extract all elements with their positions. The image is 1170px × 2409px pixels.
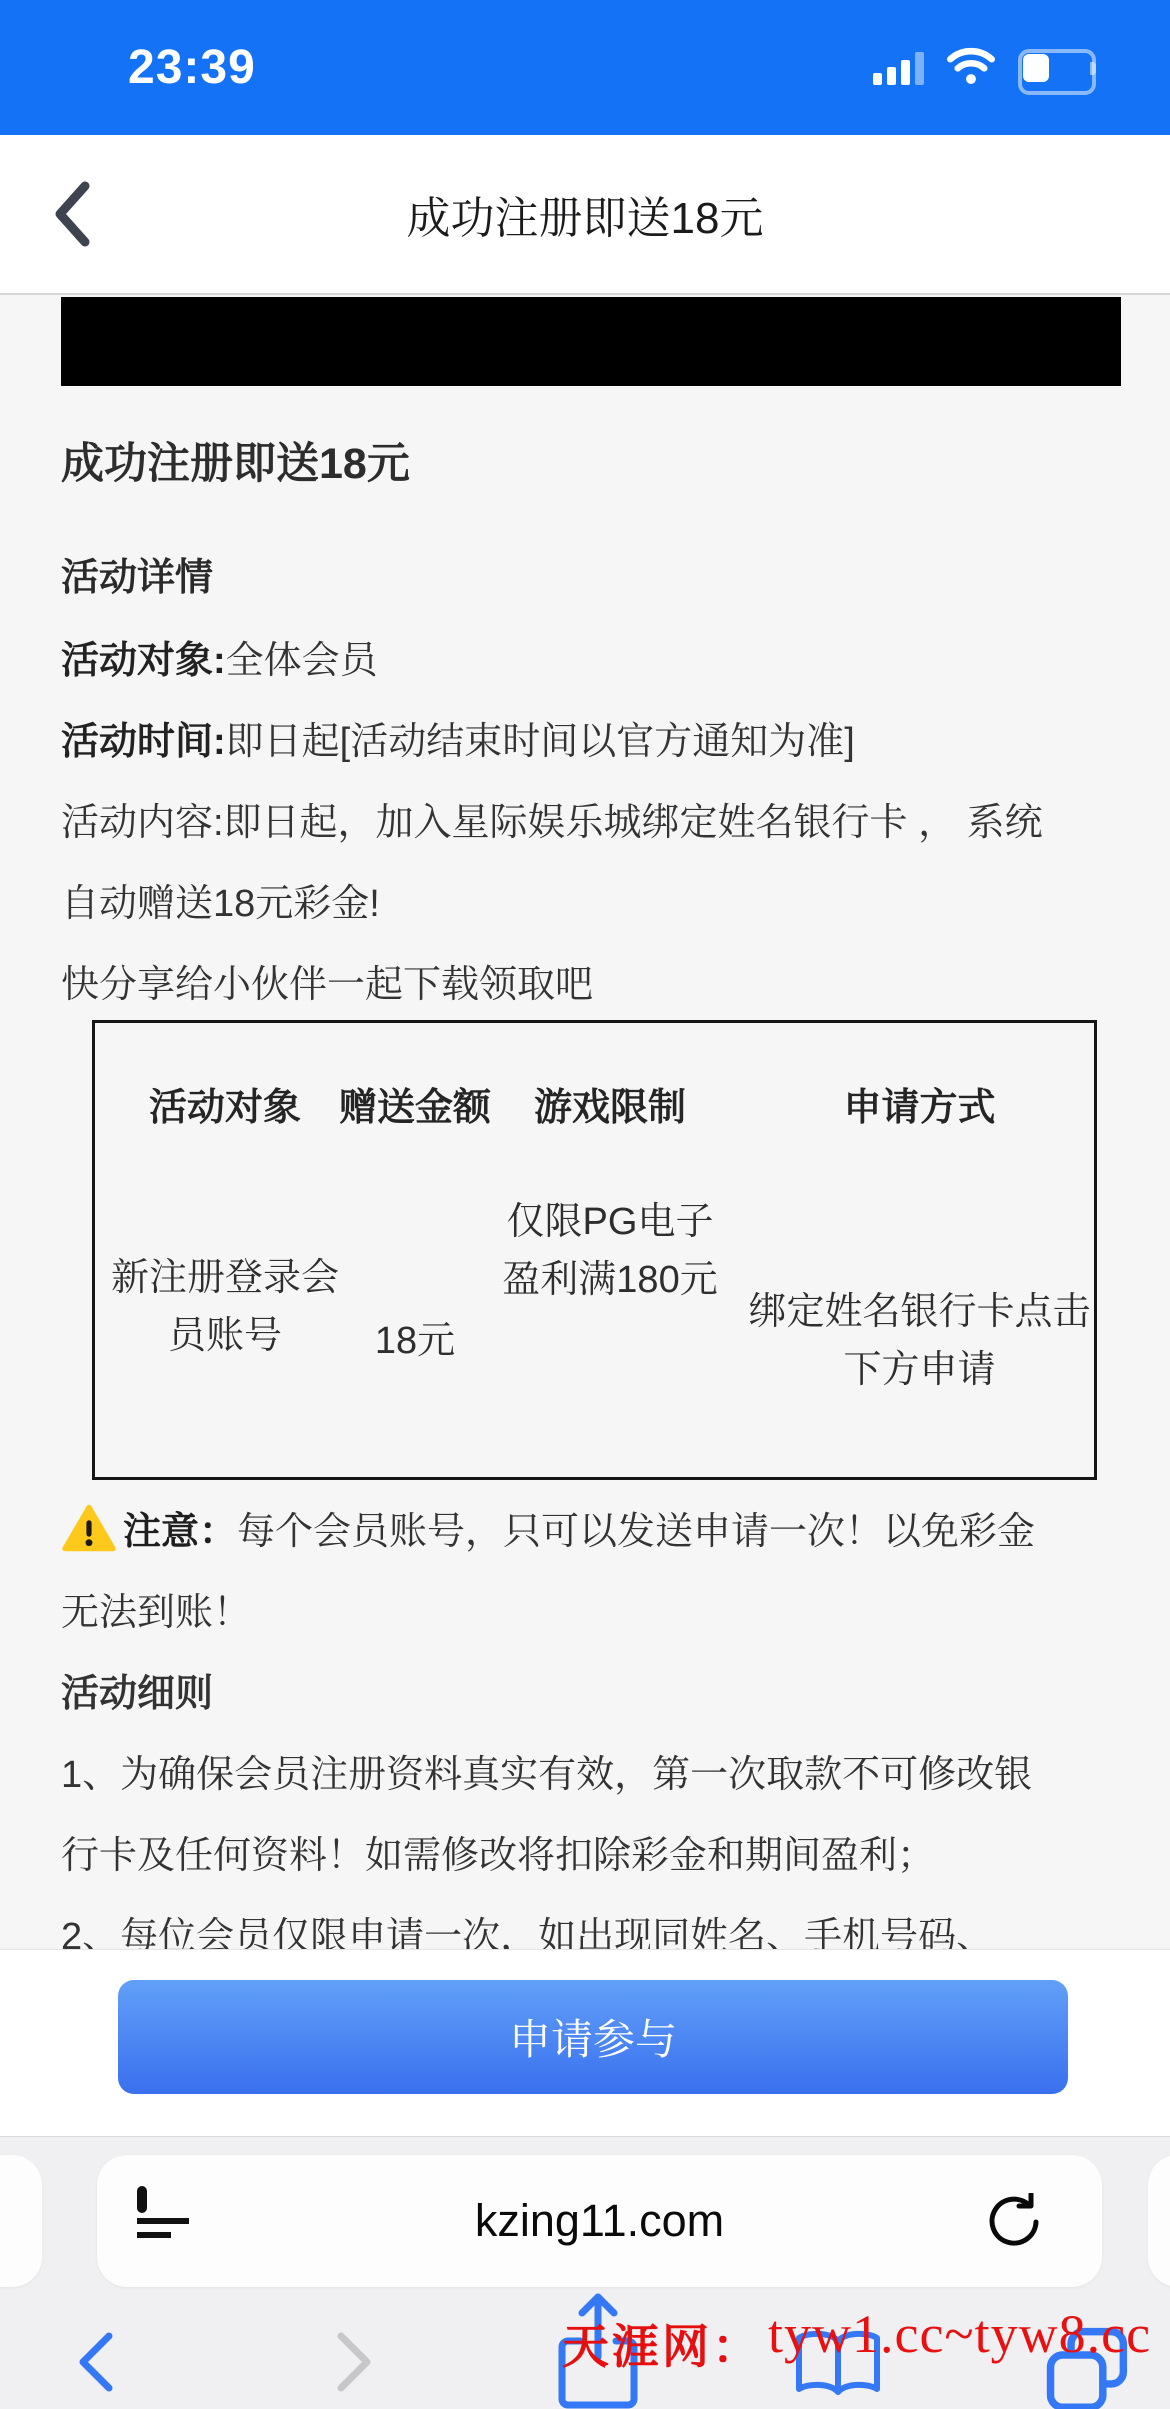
table-header-limit: 游戏限制: [475, 1023, 745, 1193]
rules-title: 活动细则: [61, 1649, 1121, 1730]
browser-back-icon[interactable]: [74, 2331, 118, 2398]
address-bar[interactable]: kzing11.com: [97, 2155, 1102, 2287]
status-time: 23:39: [128, 0, 256, 135]
detail-share-line: 快分享给小伙伴一起下载领取吧: [61, 940, 1121, 1021]
url-text: kzing11.com: [97, 2155, 1102, 2287]
rule1-line1: 1、为确保会员注册资料真实有效，第一次取款不可修改银: [61, 1730, 1121, 1811]
detail-time: 活动时间:即日起[活动结束时间以官方通知为准]: [61, 697, 1121, 778]
table-cell-amount: 18元: [355, 1193, 475, 1477]
notice-prefix: 注意：: [123, 1500, 237, 1555]
table-header-amount: 赠送金额: [355, 1023, 475, 1193]
table-header-apply: 申请方式: [745, 1023, 1094, 1193]
battery-icon: [1018, 49, 1096, 87]
detail-object: 活动对象:全体会员: [61, 616, 1121, 697]
table-cell-apply: 绑定姓名银行卡点击下方申请: [745, 1193, 1094, 1477]
table-cell-object: 新注册登录会员账号: [95, 1193, 355, 1477]
status-bar: 23:39: [0, 0, 1170, 135]
next-tab-stub[interactable]: [1148, 2155, 1170, 2287]
apply-button[interactable]: 申请参与: [118, 1980, 1068, 2094]
section-title: 活动详情: [61, 546, 213, 601]
notice-line1: 注意： 每个会员账号，只可以发送申请一次！以免彩金: [61, 1487, 1121, 1568]
browser-forward-icon[interactable]: [332, 2331, 376, 2398]
safari-toolbar-area: kzing11.com: [0, 2136, 1170, 2409]
banner-image: [61, 297, 1121, 386]
page-title: 成功注册即送18元: [0, 135, 1170, 293]
signal-icon: [873, 51, 924, 85]
notice-and-rules: 注意： 每个会员账号，只可以发送申请一次！以免彩金 无法到账！ 活动细则 1、为…: [61, 1487, 1121, 1973]
fixed-bottom-bar: 申请参与: [0, 1950, 1170, 2136]
tabs-icon[interactable]: [1040, 2327, 1132, 2409]
prev-tab-stub[interactable]: [0, 2155, 42, 2287]
activity-details: 活动对象:全体会员 活动时间:即日起[活动结束时间以官方通知为准] 活动内容:即…: [61, 616, 1121, 1021]
notice-line2: 无法到账！: [61, 1568, 1121, 1649]
share-icon[interactable]: [552, 2293, 644, 2409]
iphone-safari-screen: 23:39 成功注册即送18元 成功注册即送18元 活动详情: [0, 0, 1170, 2409]
detail-object-label: 活动对象:: [61, 629, 226, 684]
table-header-object: 活动对象: [95, 1023, 355, 1193]
wifi-icon: [946, 46, 996, 89]
status-icons: [873, 0, 1096, 135]
bookmarks-icon[interactable]: [792, 2329, 884, 2406]
article-heading: 成功注册即送18元: [61, 430, 410, 491]
promo-table: 活动对象 赠送金额 游戏限制 申请方式 新注册登录会员账号 18元 仅限PG电子…: [92, 1020, 1097, 1480]
rule1-line2: 行卡及任何资料！如需修改将扣除彩金和期间盈利；: [61, 1811, 1121, 1892]
warning-icon: [61, 1503, 117, 1553]
refresh-icon[interactable]: [986, 2193, 1044, 2251]
navbar: 成功注册即送18元: [0, 135, 1170, 295]
detail-time-label: 活动时间:: [61, 710, 226, 765]
detail-content-line1: 活动内容:即日起，加入星际娱乐城绑定姓名银行卡 ， 系统: [61, 778, 1121, 859]
detail-content-line2: 自动赠送18元彩金!: [61, 859, 1121, 940]
table-cell-limit: 仅限PG电子盈利满180元: [475, 1193, 745, 1477]
back-icon[interactable]: [52, 181, 92, 247]
